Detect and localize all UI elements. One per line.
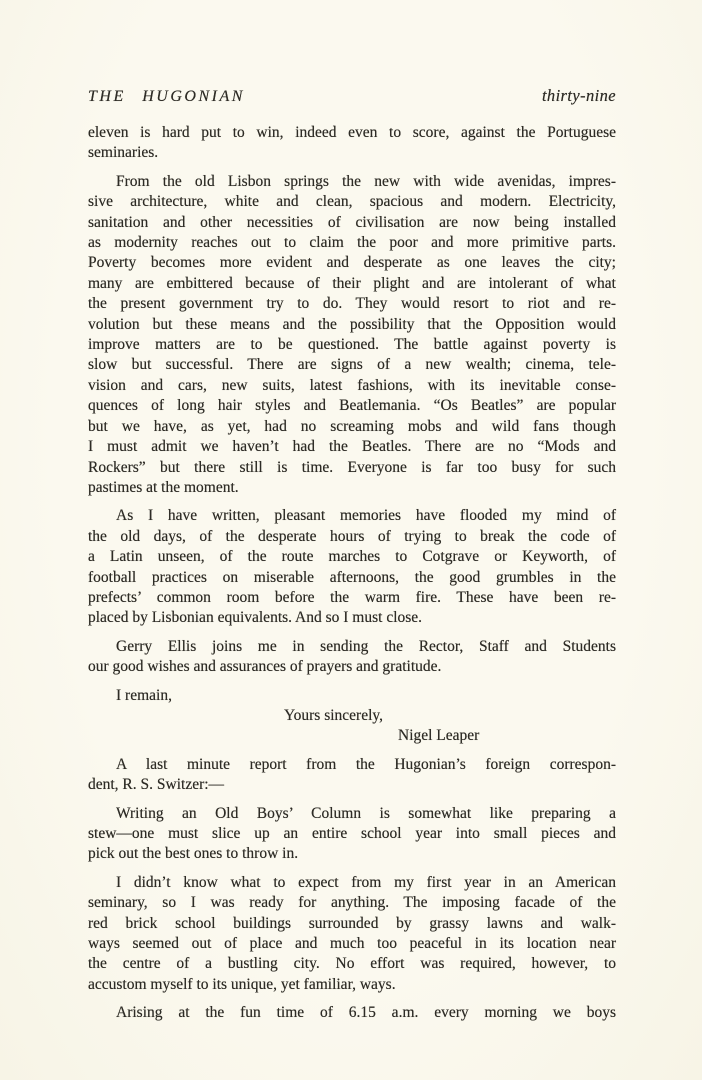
text-line: Poverty becomes more evident and despera… (88, 253, 616, 273)
text-line: many are embittered because of their pli… (88, 274, 616, 294)
text-line: pick out the best ones to throw in. (88, 844, 616, 864)
text-line: football practices on miserable afternoo… (88, 568, 616, 588)
text-line: sive architecture, white and clean, spac… (88, 192, 616, 212)
text-line: Rockers” but there still is time. Everyo… (88, 458, 616, 478)
text-line: stew—one must slice up an entire school … (88, 824, 616, 844)
paragraph: Writing an Old Boys’ Column is somewhat … (88, 804, 616, 865)
text-line: accustom myself to its unique, yet famil… (88, 975, 616, 995)
page-number: thirty-nine (542, 86, 616, 106)
text-line: As I have written, pleasant memories hav… (88, 506, 616, 526)
text-line: but we have, as yet, had no screaming mo… (88, 417, 616, 437)
text-line: Writing an Old Boys’ Column is somewhat … (88, 804, 616, 824)
text-line: prefects’ common room before the warm fi… (88, 588, 616, 608)
text-line: the centre of a bustling city. No effort… (88, 954, 616, 974)
paragraph: I didn’t know what to expect from my fir… (88, 873, 616, 995)
text-line: Nigel Leaper (88, 726, 616, 746)
text-line: improve matters are to be questioned. Th… (88, 335, 616, 355)
text-line: pastimes at the moment. (88, 478, 616, 498)
text-line: as modernity reaches out to claim the po… (88, 233, 616, 253)
text-line: eleven is hard put to win, indeed even t… (88, 123, 616, 143)
text-line: Arising at the fun time of 6.15 a.m. eve… (88, 1003, 616, 1023)
text-line: quences of long hair styles and Beatlema… (88, 396, 616, 416)
running-header: THE HUGONIAN thirty-nine (88, 86, 616, 107)
scanned-page: THE HUGONIAN thirty-nine eleven is hard … (0, 0, 702, 1080)
paragraph: From the old Lisbon springs the new with… (88, 172, 616, 499)
paragraph: eleven is hard put to win, indeed even t… (88, 123, 616, 164)
text-line: placed by Lisbonian equivalents. And so … (88, 608, 616, 628)
paragraph: Gerry Ellis joins me in sending the Rect… (88, 637, 616, 678)
journal-title: THE HUGONIAN (88, 87, 245, 107)
text-line: our good wishes and assurances of prayer… (88, 657, 616, 677)
text-line: seminary, so I was ready for anything. T… (88, 893, 616, 913)
text-line: sanitation and other necessities of civi… (88, 213, 616, 233)
text-line: slow but successful. There are signs of … (88, 355, 616, 375)
text-line: I remain, (88, 686, 616, 706)
text-line: ways seemed out of place and much too pe… (88, 934, 616, 954)
text-line: the old days, of the desperate hours of … (88, 527, 616, 547)
text-line: the present government try to do. They w… (88, 294, 616, 314)
text-line: red brick school buildings surrounded by… (88, 914, 616, 934)
text-line: dent, R. S. Switzer:— (88, 775, 616, 795)
document-body: eleven is hard put to win, indeed even t… (88, 123, 616, 1024)
paragraph: A last minute report from the Hugonian’s… (88, 755, 616, 796)
signature-block: I remain,Yours sincerely,Nigel Leaper (88, 686, 616, 747)
text-line: From the old Lisbon springs the new with… (88, 172, 616, 192)
text-line: A last minute report from the Hugonian’s… (88, 755, 616, 775)
text-line: Yours sincerely, (88, 706, 616, 726)
text-line: I must admit we haven’t had the Beatles.… (88, 437, 616, 457)
text-line: Gerry Ellis joins me in sending the Rect… (88, 637, 616, 657)
text-line: a Latin unseen, of the route marches to … (88, 547, 616, 567)
paragraph: As I have written, pleasant memories hav… (88, 506, 616, 628)
text-line: volution but these means and the possibi… (88, 315, 616, 335)
text-line: seminaries. (88, 143, 616, 163)
paragraph: Arising at the fun time of 6.15 a.m. eve… (88, 1003, 616, 1023)
text-line: vision and cars, new suits, latest fashi… (88, 376, 616, 396)
text-line: I didn’t know what to expect from my fir… (88, 873, 616, 893)
